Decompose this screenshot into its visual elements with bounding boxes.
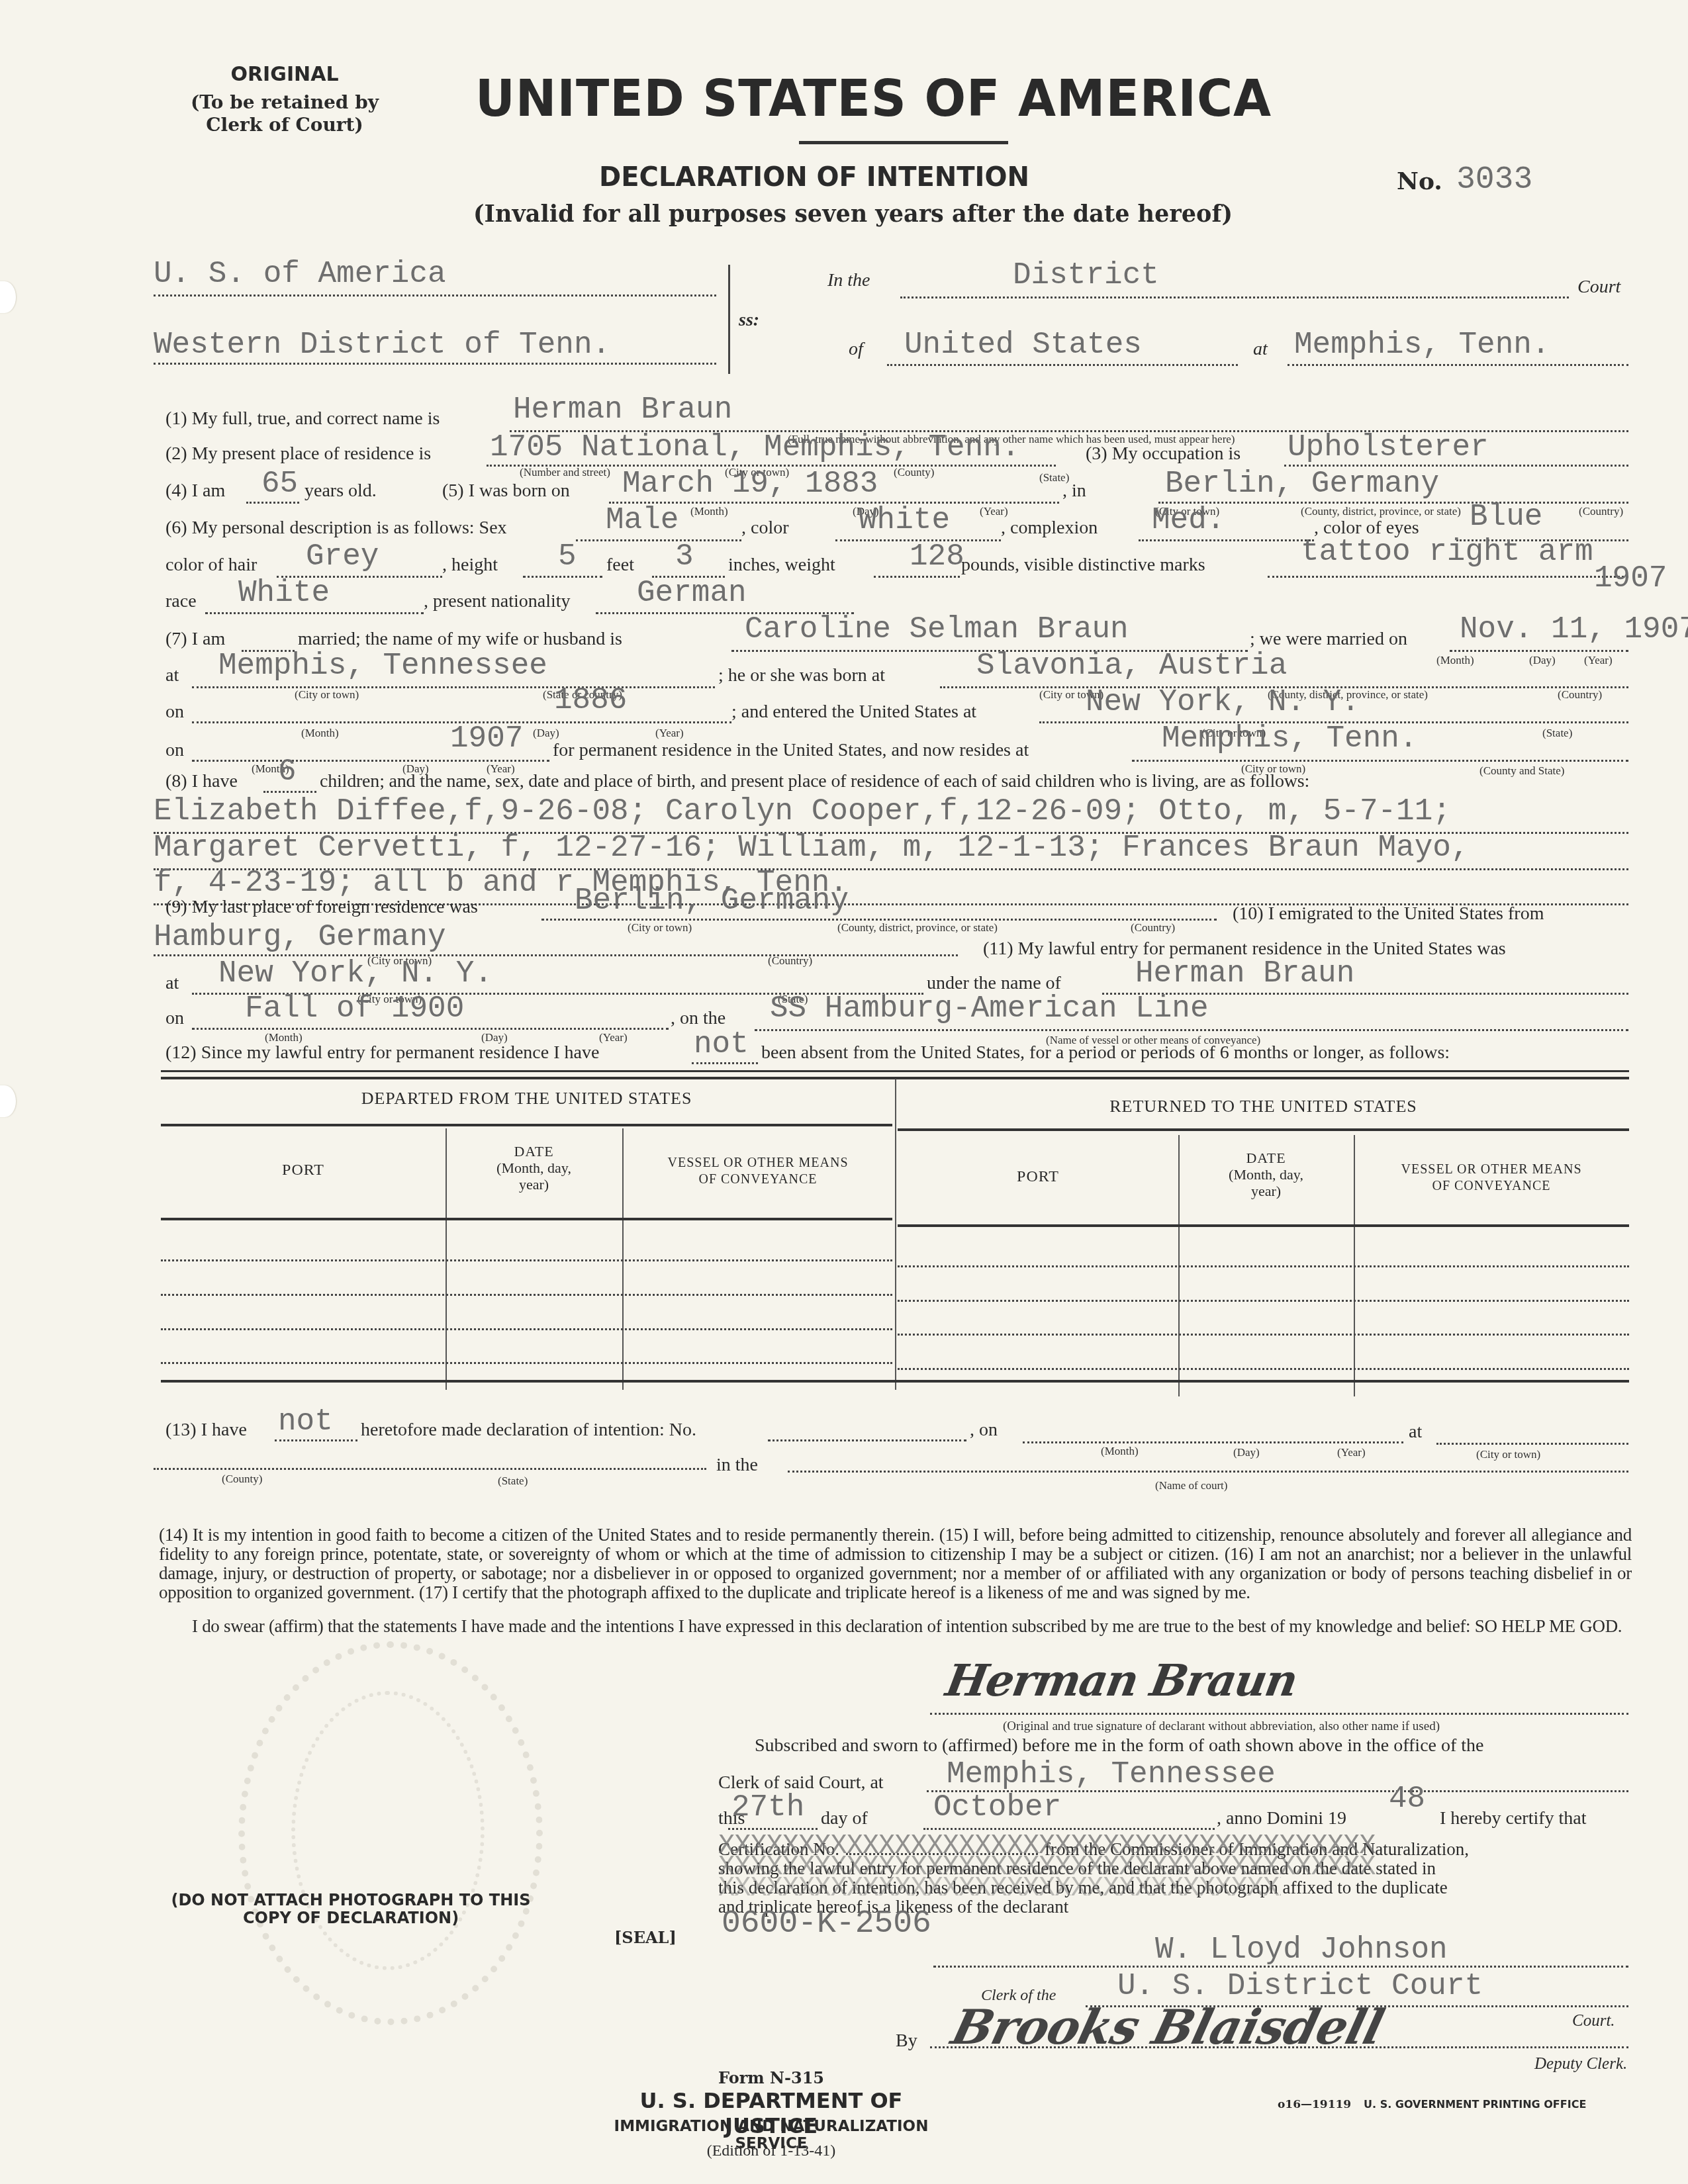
sub-month: (Month)	[690, 505, 728, 518]
declaration-number: 3033	[1456, 162, 1532, 198]
entry-date: Fall of 1900	[245, 991, 464, 1026]
sub-day: (Day)	[533, 727, 559, 740]
col-date: DATE (Month, day, year)	[445, 1143, 622, 1193]
oath-month: October	[933, 1790, 1061, 1825]
q4-label: (4) I am	[165, 480, 225, 502]
marriage-year-overtype: 1907	[1594, 561, 1667, 596]
years-old-label: years old.	[305, 480, 377, 502]
seal-label: [SEAL]	[614, 1928, 677, 1947]
hair: Grey	[306, 539, 379, 574]
ss-label: ss:	[739, 310, 759, 331]
table-row	[161, 1259, 892, 1261]
entry-place: New York, N. Y.	[218, 956, 492, 991]
deputy-label: Deputy Clerk.	[1534, 2055, 1627, 2073]
sub-city: (City or town)	[1476, 1448, 1540, 1461]
venue-line	[154, 363, 716, 365]
entry-name: Herman Braun	[1135, 956, 1354, 991]
court-label: Court	[1577, 277, 1620, 298]
foreign-residence-line	[541, 919, 1217, 921]
swear-paragraph: I do swear (affirm) that the statements …	[159, 1617, 1632, 1636]
sub-country: (Country)	[768, 954, 812, 968]
sub-year: (Year)	[980, 505, 1008, 518]
sub-year: (Year)	[1337, 1446, 1366, 1459]
spouse-residence-line	[1132, 760, 1628, 762]
race: White	[238, 576, 330, 610]
col-date-line: (Month, day,	[1178, 1166, 1354, 1183]
in-the-label: in the	[716, 1455, 758, 1476]
col-vessel-line: VESSEL OR OTHER MEANS	[1354, 1161, 1629, 1178]
marriage-place-line	[192, 686, 715, 688]
prior-county-state-line	[154, 1468, 706, 1470]
court-label: Court.	[1572, 2012, 1615, 2030]
in-label: , in	[1062, 480, 1086, 502]
residence: 1705 National, Memphis, Tenn.	[490, 430, 1020, 465]
sub-year: (Year)	[1584, 654, 1613, 667]
sub-county-state: (County and State)	[1479, 764, 1564, 778]
number-label: No.	[1397, 167, 1442, 195]
venue-line	[154, 295, 716, 296]
photo-note: (DO NOT ATTACH PHOTOGRAPH TO THIS COPY O…	[152, 1891, 549, 1927]
retained-note: (To be retained by Clerk of Court)	[156, 91, 414, 136]
q6-label: (6) My personal description is as follow…	[165, 518, 507, 539]
court-line	[900, 296, 1569, 298]
sub-country: (Country)	[1558, 688, 1602, 702]
sub-state: (State)	[1542, 727, 1572, 740]
race-label: race	[165, 591, 197, 612]
age-line	[246, 502, 299, 504]
hair-label: color of hair	[165, 555, 257, 576]
venue-country: U. S. of America	[154, 257, 446, 291]
court-location: Memphis, Tenn.	[1294, 328, 1550, 362]
validity-note: (Invalid for all purposes seven years af…	[473, 201, 1233, 228]
absence-line	[692, 1062, 758, 1064]
on-label: on	[165, 1008, 184, 1029]
feet-label: feet	[606, 555, 634, 576]
col-vessel-line: OF CONVEYANCE	[622, 1171, 894, 1188]
court-of-line	[887, 364, 1238, 366]
cert-number: 0600-K-2506	[722, 1906, 931, 1942]
clerk-at: Memphis, Tennessee	[947, 1757, 1276, 1792]
q12-rest: been absent from the United States, for …	[761, 1042, 1450, 1064]
children-count-line	[263, 791, 316, 793]
weight: 128	[910, 539, 964, 574]
table-rule	[161, 1124, 892, 1126]
color-label: , color	[741, 518, 789, 539]
nationality-label: , present nationality	[424, 591, 571, 612]
emigrated-from: Hamburg, Germany	[154, 920, 446, 954]
oath-paragraph: (14) It is my intention in good faith to…	[159, 1525, 1632, 1602]
prior-city-line	[1436, 1443, 1628, 1445]
col-vessel-line: VESSEL OR OTHER MEANS	[622, 1155, 894, 1171]
vessel: SS Hamburg-American Line	[770, 991, 1209, 1026]
venue-brace	[728, 265, 730, 374]
child-line: Margaret Cervetti, f, 12-27-16; William,…	[154, 831, 1470, 865]
on-label: on	[165, 702, 184, 723]
punch-hole	[0, 281, 16, 313]
returned-title: RETURNED TO THE UNITED STATES	[898, 1097, 1629, 1116]
at-label: at	[1253, 339, 1268, 360]
form-subtitle: DECLARATION OF INTENTION	[599, 162, 1029, 193]
last-foreign-residence: Berlin, Germany	[575, 884, 849, 918]
marks-line	[1268, 576, 1628, 578]
q1-label: (1) My full, true, and correct name is	[165, 408, 440, 430]
q7-label: (7) I am	[165, 629, 225, 650]
color: White	[859, 503, 950, 537]
departed-title: DEPARTED FROM THE UNITED STATES	[161, 1089, 892, 1109]
table-row	[898, 1265, 1629, 1267]
marriage-date: Nov. 11, 1907	[1460, 612, 1688, 647]
in-the-label: In the	[827, 270, 870, 291]
clerk-name-line	[933, 1966, 1628, 1968]
table-row	[898, 1368, 1629, 1370]
entered-label: ; and entered the United States at	[731, 702, 976, 723]
age: 65	[261, 467, 298, 501]
col-date: DATE (Month, day, year)	[1178, 1150, 1354, 1199]
birth-place-line	[1158, 502, 1628, 504]
col-vessel-line: OF CONVEYANCE	[1354, 1178, 1629, 1195]
married-label: married; the name of my wife or husband …	[298, 629, 622, 650]
married-on-label: ; we were married on	[1250, 629, 1407, 650]
retained-note-line: (To be retained by	[156, 91, 414, 114]
q2-label: (2) My present place of residence is	[165, 443, 431, 465]
photo-note-line: COPY OF DECLARATION)	[152, 1909, 549, 1927]
sub-day: (Day)	[1529, 654, 1556, 667]
sub-day: (Day)	[1233, 1446, 1260, 1459]
sub-county: (County)	[894, 466, 934, 479]
sub-city-town: (City or town)	[628, 921, 692, 934]
entry-date-line	[192, 1028, 669, 1030]
col-vessel: VESSEL OR OTHER MEANS OF CONVEYANCE	[622, 1155, 894, 1188]
prior-value: not	[278, 1404, 333, 1439]
sub-month: (Month)	[1101, 1445, 1139, 1458]
children-label: children; and the name, sex, date and pl…	[320, 771, 1309, 792]
table-row	[161, 1328, 892, 1330]
vessel-line	[755, 1029, 1628, 1031]
sub-year: (Year)	[655, 727, 684, 740]
spouse-entry-date-line	[192, 760, 549, 762]
sub-number-street: (Number and street)	[520, 466, 610, 479]
marks-label: pounds, visible distinctive marks	[961, 555, 1205, 576]
spouse-born-label: ; he or she was born at	[718, 665, 885, 686]
nationality: German	[637, 576, 747, 610]
table-row	[161, 1362, 892, 1364]
race-line	[205, 612, 424, 614]
height-feet: 5	[558, 539, 577, 574]
table-rule	[161, 1070, 1629, 1072]
q10-label: (10) I emigrated to the United States fr…	[1233, 903, 1544, 925]
spouse-name: Caroline Selman Braun	[745, 612, 1129, 647]
on-label: , on	[970, 1420, 998, 1441]
spouse-birthplace: Slavonia, Austria	[976, 649, 1287, 683]
by-label: By	[896, 2030, 917, 2052]
birth-date: March 19, 1883	[622, 467, 878, 501]
cert-strikeout: XXXXXXXXXXXXXXXXXXXXXXXXXXXXXXXXXXXXXXXX…	[718, 1872, 1281, 1904]
original-label: ORIGINAL	[165, 63, 404, 86]
court-type: District	[1013, 258, 1159, 293]
anno-label: , anno Domini 19	[1217, 1808, 1346, 1829]
marks: tattoo right arm	[1301, 535, 1593, 569]
sub-month: (Month)	[301, 727, 339, 740]
sub-cdps: (County, district, province, or state)	[1301, 505, 1461, 518]
marriage-place: Memphis, Tennessee	[218, 649, 547, 683]
sub-month: (Month)	[1436, 654, 1474, 667]
complexion: Med.	[1152, 503, 1225, 537]
q12-label: (12) Since my lawful entry for permanent…	[165, 1042, 599, 1064]
q5-label: (5) I was born on	[442, 480, 570, 502]
punch-hole	[0, 1085, 16, 1117]
sub-year: (Year)	[599, 1031, 628, 1044]
prior-court-line	[788, 1471, 1628, 1473]
prior-value-line	[275, 1439, 357, 1441]
at-label: at	[165, 665, 179, 686]
col-port: PORT	[898, 1168, 1178, 1186]
spouse-residence: Memphis, Tenn.	[1162, 721, 1417, 756]
q13-label: (13) I have	[165, 1420, 247, 1441]
photo-note-line: (DO NOT ATTACH PHOTOGRAPH TO THIS	[152, 1891, 549, 1909]
subscribed-text: Subscribed and sworn to (affirmed) befor…	[755, 1735, 1484, 1756]
spouse-entry-year: 1907	[450, 721, 523, 756]
q9-label: (9) My last place of foreign residence w…	[165, 897, 478, 918]
oath-day: 27th	[731, 1790, 804, 1825]
day-of-label: day of	[821, 1808, 868, 1829]
col-date-line: (Month, day,	[445, 1160, 622, 1176]
inches-label: inches, weight	[728, 555, 835, 576]
weight-line	[874, 576, 960, 578]
venue-district: Western District of Tenn.	[154, 328, 610, 362]
court-location-line	[1288, 364, 1628, 366]
eyes: Blue	[1470, 500, 1542, 534]
occupation: Upholsterer	[1288, 430, 1489, 465]
complexion-line	[1139, 539, 1314, 541]
print-code-value: 16—19119	[1285, 2098, 1351, 2111]
title-rule	[799, 141, 1008, 144]
col-date-line: year)	[1178, 1183, 1354, 1199]
table-row	[898, 1300, 1629, 1302]
sub-court: (Name of court)	[1155, 1479, 1228, 1492]
absence-value: not	[694, 1027, 749, 1062]
col-port: PORT	[161, 1161, 445, 1179]
form-number: Form N-315	[596, 2068, 947, 2087]
court-of: United States	[904, 328, 1142, 362]
table-divider	[895, 1079, 896, 1390]
oath-year: 48	[1389, 1782, 1425, 1816]
gpo: U. S. GOVERNMENT PRINTING OFFICE	[1364, 2098, 1586, 2111]
table-header-rule	[161, 1218, 892, 1220]
deputy-line	[930, 2046, 1628, 2048]
signature-line	[930, 1713, 1628, 1715]
table-row	[161, 1294, 892, 1296]
sub-county: (County)	[222, 1473, 262, 1486]
children-count: 6	[278, 754, 297, 789]
col-date-line: DATE	[1178, 1150, 1354, 1166]
sub-country: (Country)	[1579, 505, 1623, 518]
height-inches: 3	[675, 539, 694, 574]
spouse-birth-year: 1886	[554, 683, 627, 717]
child-line: Elizabeth Diffee,f,9-26-08; Carolyn Coop…	[154, 794, 1451, 829]
prior-number-line	[768, 1439, 966, 1441]
of-label: of	[849, 339, 863, 360]
on-label: on	[165, 740, 184, 761]
birth-place: Berlin, Germany	[1165, 467, 1439, 501]
print-code: o16—19119	[1278, 2098, 1351, 2111]
col-vessel: VESSEL OR OTHER MEANS OF CONVEYANCE	[1354, 1161, 1629, 1195]
complexion-label: , complexion	[1001, 518, 1098, 539]
certify-label: I hereby certify that	[1440, 1808, 1587, 1829]
on-the-label: , on the	[671, 1008, 726, 1029]
sex: Male	[606, 503, 679, 537]
clerk-name: W. Lloyd Johnson	[1155, 1933, 1448, 1967]
at-label: at	[165, 973, 179, 994]
at-label: at	[1409, 1422, 1422, 1443]
q13-rest: heretofore made declaration of intention…	[361, 1420, 696, 1441]
declarant-signature: Herman Braun	[942, 1655, 1301, 1706]
marriage-date-line	[1450, 650, 1628, 652]
table-header-rule	[898, 1224, 1629, 1227]
page-title: UNITED STATES OF AMERICA	[475, 69, 1272, 128]
table-bottom-rule	[161, 1380, 1629, 1383]
table-rule	[898, 1128, 1629, 1131]
sub-country: (Country)	[1131, 921, 1175, 934]
prior-date-line	[1023, 1441, 1403, 1443]
sub-city: (City or town)	[295, 688, 359, 702]
height-feet-line	[523, 576, 602, 578]
sex-line	[576, 539, 741, 541]
spouse-entry-place: New York, N. Y.	[1086, 685, 1360, 719]
q8-label: (8) I have	[165, 771, 238, 792]
perm-res-label: for permanent residence in the United St…	[553, 740, 1029, 761]
retained-note-line: Clerk of Court)	[156, 114, 414, 136]
col-date-line: year)	[445, 1176, 622, 1193]
sub-state: (State)	[498, 1475, 528, 1488]
full-name: Herman Braun	[513, 392, 732, 427]
sub-cdps: (County, district, province, or state)	[837, 921, 998, 934]
col-date-line: DATE	[445, 1143, 622, 1160]
q3-label: (3) My occupation is	[1086, 443, 1241, 465]
signature-sub: (Original and true signature of declaran…	[1003, 1719, 1440, 1734]
embossed-seal-inner	[291, 1691, 485, 1970]
edition: (Edition of 1-13-41)	[596, 2142, 947, 2160]
table-row	[898, 1334, 1629, 1336]
height-label: , height	[442, 555, 498, 576]
